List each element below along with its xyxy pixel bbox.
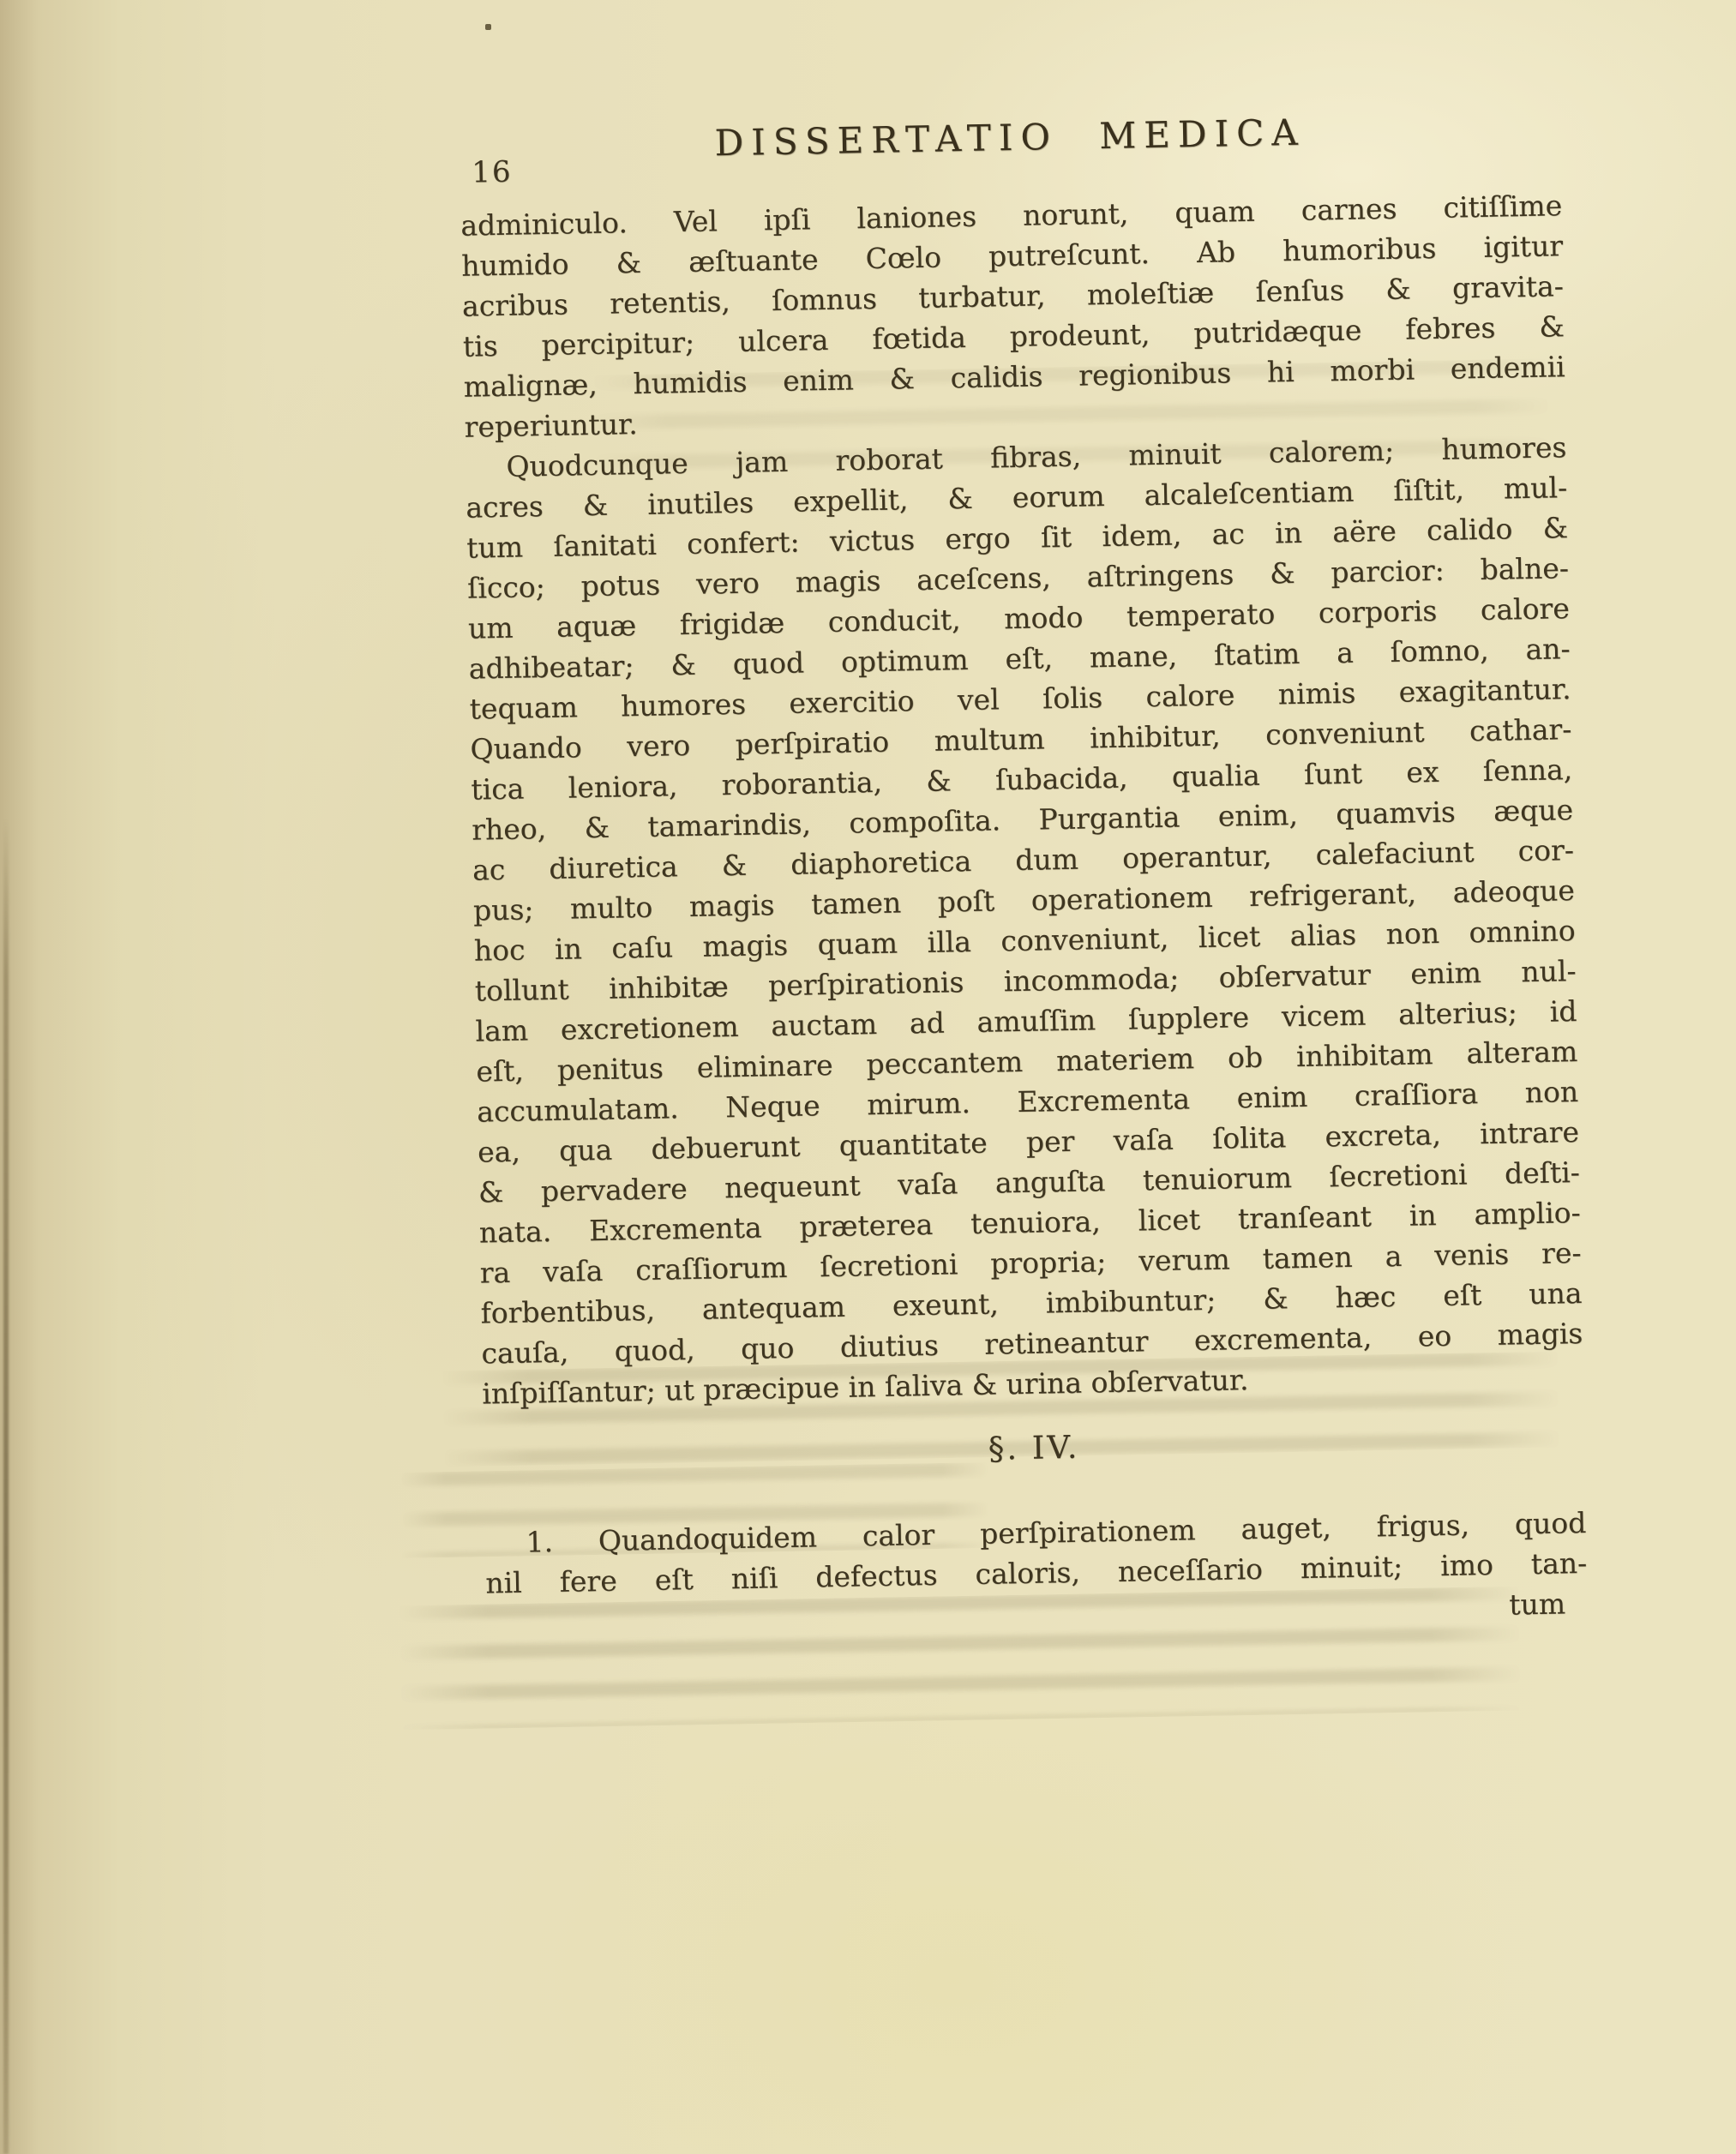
paper-speck bbox=[485, 24, 491, 30]
running-title: DISSERTATIO MEDICA bbox=[459, 99, 1561, 169]
paragraph: Quodcunque jam roborat fibras, minuit ca… bbox=[465, 427, 1583, 1413]
paragraph: adminiculo. Vel ipſi laniones norunt, qu… bbox=[460, 185, 1566, 447]
body-text: adminiculo. Vel ipſi laniones norunt, qu… bbox=[460, 185, 1589, 1643]
page-number: 16 bbox=[472, 155, 513, 190]
page-content: 16 DISSERTATIO MEDICA adminiculo. Vel ip… bbox=[459, 99, 1588, 1643]
book-page-scan: 16 DISSERTATIO MEDICA adminiculo. Vel ip… bbox=[0, 0, 1736, 2154]
page-edge-crease bbox=[3, 819, 9, 2154]
section-heading: §. IV. bbox=[483, 1418, 1585, 1479]
